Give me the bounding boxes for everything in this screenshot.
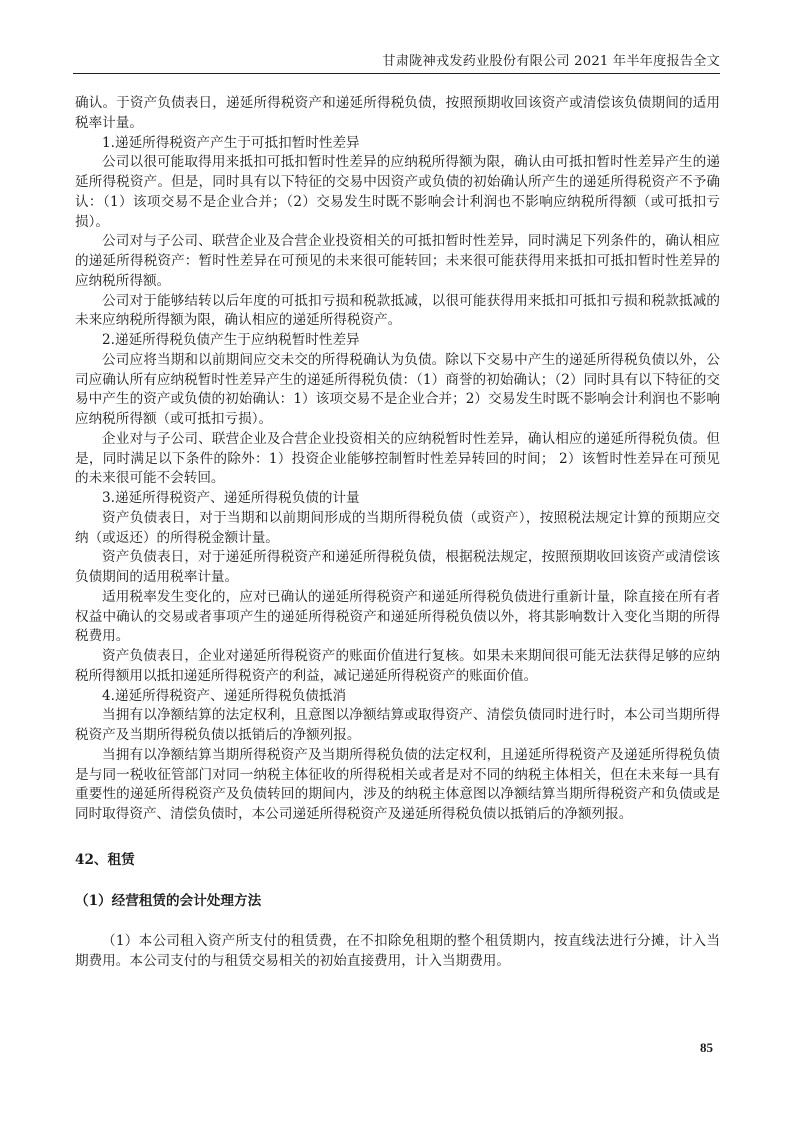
paragraph: 当拥有以净额结算的法定权利，且意图以净额结算或取得资产、清偿负债同时进行时，本公… [75, 706, 720, 746]
report-title: 甘肃陇神戎发药业股份有限公司 2021 年半年度报告全文 [382, 54, 720, 69]
section-heading-42-lease: 42、租赁 [75, 851, 720, 871]
subheading-deferred-tax-liabilities: 2.递延所得税负债产生于应纳税暂时性差异 [75, 331, 720, 351]
paragraph: 适用税率发生变化的，应对已确认的递延所得税资产和递延所得税负债进行重新计量，除直… [75, 588, 720, 647]
page-number: 85 [700, 1040, 713, 1056]
paragraph: 企业对与子公司、联营企业及合营企业投资相关的应纳税暂时性差异，确认相应的递延所得… [75, 430, 720, 489]
document-body: 确认。于资产负债表日，递延所得税资产和递延所得税负债，按照预期收回该资产或清偿该… [75, 94, 720, 972]
paragraph: 公司对于能够结转以后年度的可抵扣亏损和税款抵减，以很可能获得用来抵扣可抵扣亏损和… [75, 292, 720, 332]
paragraph: 公司对与子公司、联营企业及合营企业投资相关的可抵扣暂时性差异，同时满足下列条件的… [75, 232, 720, 291]
page-header: 甘肃陇神戎发药业股份有限公司 2021 年半年度报告全文 [73, 52, 720, 74]
paragraph: 资产负债表日，企业对递延所得税资产的账面价值进行复核。如果未来期间很可能无法获得… [75, 647, 720, 687]
subsection-heading-operating-lease: （1）经营租赁的会计处理方法 [75, 892, 720, 912]
paragraph: 资产负债表日，对于当期和以前期间形成的当期所得税负债（或资产），按照税法规定计算… [75, 509, 720, 549]
paragraph-operating-lease: （1）本公司租入资产所支付的租赁费，在不扣除免租期的整个租赁期内，按直线法进行分… [75, 932, 720, 972]
paragraph: 资产负债表日，对于递延所得税资产和递延所得税负债，根据税法规定，按照预期收回该资… [75, 548, 720, 588]
subheading-measurement: 3.递延所得税资产、递延所得税负债的计量 [75, 489, 720, 509]
paragraph: 公司以很可能取得用来抵扣可抵扣暂时性差异的应纳税所得额为限，确认由可抵扣暂时性差… [75, 153, 720, 232]
paragraph: 当拥有以净额结算当期所得税资产及当期所得税负债的法定权利，且递延所得税资产及递延… [75, 746, 720, 825]
paragraph-continuation: 确认。于资产负债表日，递延所得税资产和递延所得税负债，按照预期收回该资产或清偿该… [75, 94, 720, 134]
subheading-deferred-tax-assets: 1.递延所得税资产产生于可抵扣暂时性差异 [75, 134, 720, 154]
subheading-offsetting: 4.递延所得税资产、递延所得税负债抵消 [75, 687, 720, 707]
paragraph: 公司应将当期和以前期间应交未交的所得税确认为负债。除以下交易中产生的递延所得税负… [75, 351, 720, 430]
